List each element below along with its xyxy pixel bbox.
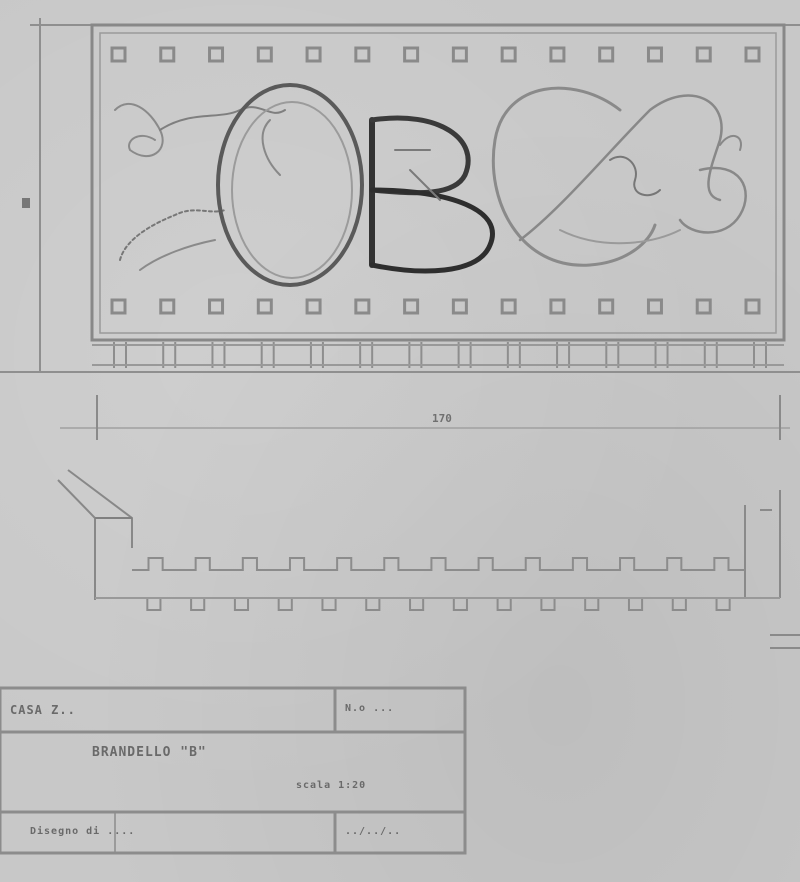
drawing-title: BRANDELLO "B" [92, 745, 207, 760]
upper-tile-row [112, 48, 759, 61]
edge-mark [770, 635, 800, 648]
monogram-ornament [115, 85, 746, 285]
lower-tile-row [112, 300, 759, 313]
sheet-ref: N.o ... [345, 703, 394, 714]
scale-label: scala 1:20 [296, 780, 366, 791]
plan-view [58, 395, 790, 610]
project-name: CASA Z.. [10, 703, 76, 717]
side-marker [22, 198, 30, 208]
date-field: ../../.. [345, 826, 401, 837]
frame-lines [0, 18, 800, 372]
drawn-by: Disegno di .... [30, 826, 135, 837]
dimension-label: 170 [432, 412, 452, 425]
